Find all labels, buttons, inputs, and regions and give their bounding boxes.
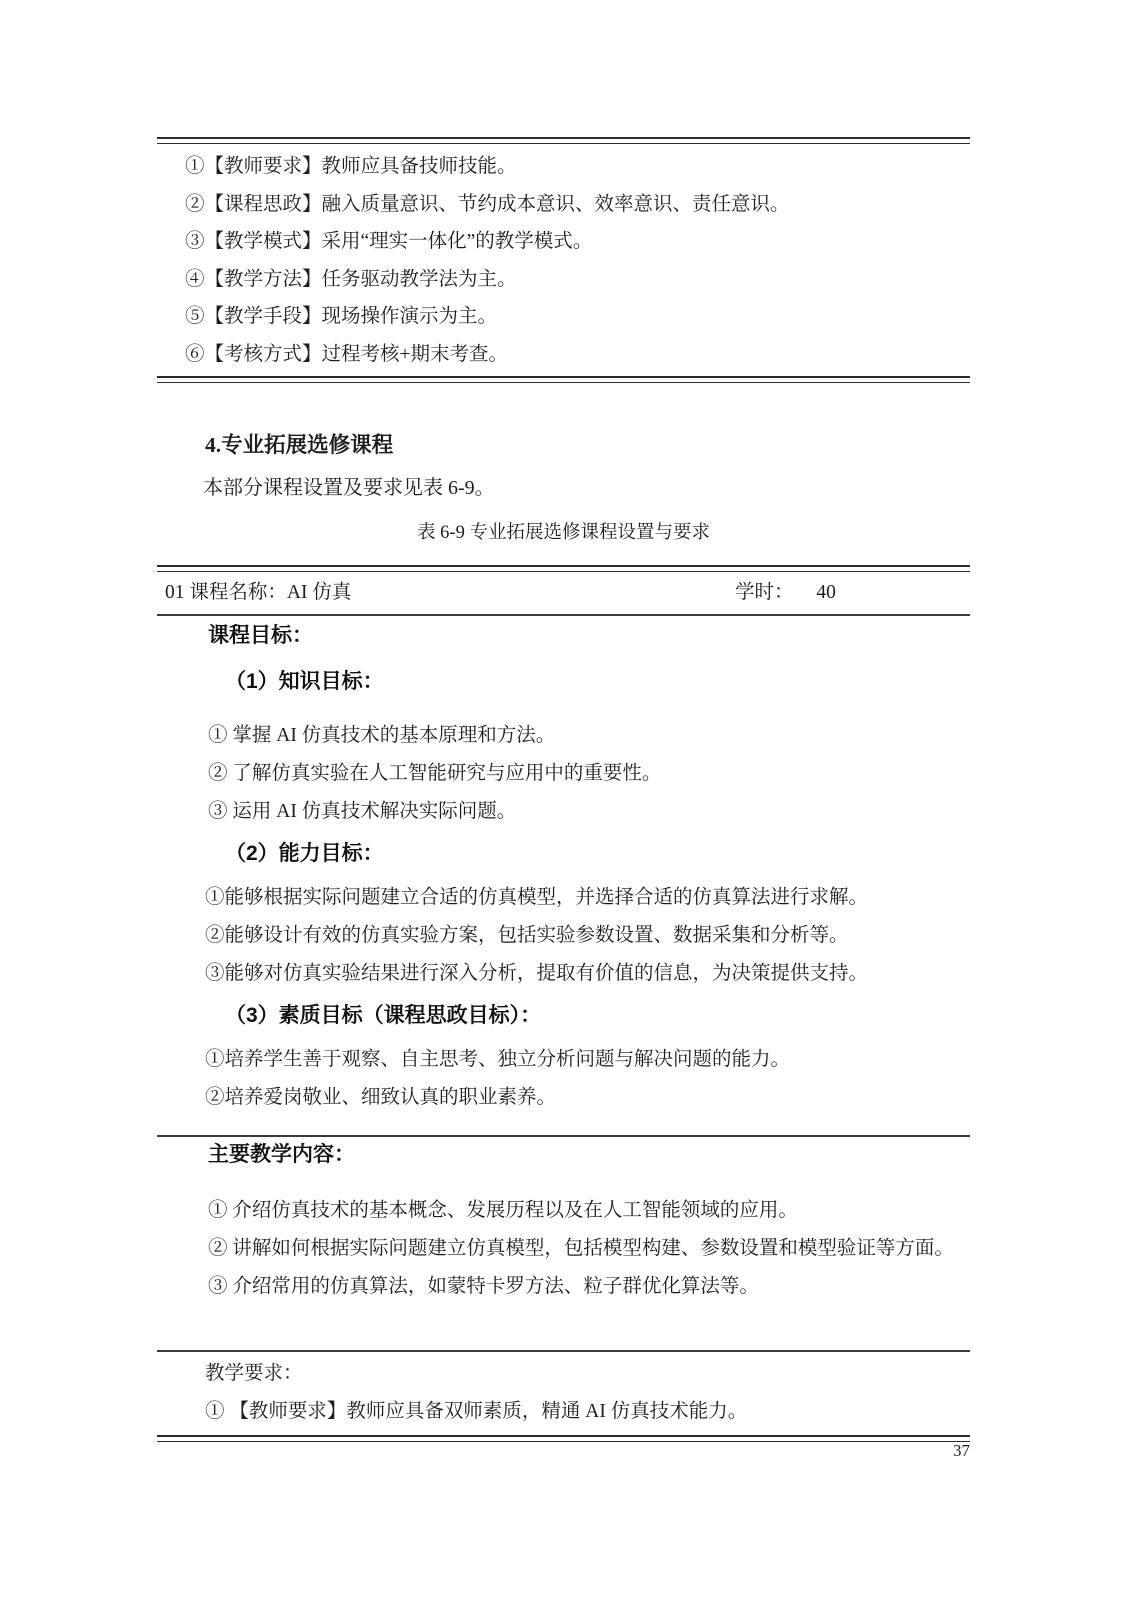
list-item: ② 讲解如何根据实际问题建立仿真模型，包括模型构建、参数设置和模型验证等方面。	[208, 1230, 970, 1268]
table-caption: 表 6-9 专业拓展选修课程设置与要求	[157, 520, 970, 546]
header-divider-rule	[157, 614, 970, 616]
list-item: ③能够对仿真实验结果进行深入分析，提取有价值的信息，为决策提供支持。	[205, 955, 970, 993]
requirements-list: ①【教师要求】教师应具备技师技能。 ②【课程思政】融入质量意识、节约成本意识、效…	[157, 144, 970, 376]
requirement-item: ②【课程思政】融入质量意识、节约成本意识、效率意识、责任意识。	[185, 186, 970, 224]
section-divider-rule	[157, 1350, 970, 1352]
list-item: ① 【教师要求】教师应具备双师素质，精通 AI 仿真技术能力。	[205, 1398, 970, 1426]
quality-objectives-title: （3）素质目标（课程思政目标）：	[225, 1003, 970, 1029]
page-content: ①【教师要求】教师应具备技师技能。 ②【课程思政】融入质量意识、节约成本意识、效…	[157, 0, 970, 1442]
list-item: ①能够根据实际问题建立合适的仿真模型，并选择合适的仿真算法进行求解。	[205, 879, 970, 917]
teaching-requirements-section: 教学要求： ① 【教师要求】教师应具备双师素质，精通 AI 仿真技术能力。	[157, 1360, 970, 1426]
double-rule-top	[157, 137, 970, 144]
course-table: 01 课程名称：AI 仿真 学时： 40 课程目标： （1）知识目标： ① 掌握…	[157, 565, 970, 1442]
objectives-title: 课程目标：	[208, 623, 970, 649]
requirement-item: ⑥【考核方式】过程考核+期末考查。	[185, 336, 970, 374]
quality-objectives-list: ①培养学生善于观察、自主思考、独立分析问题与解决问题的能力。 ②培养爱岗敬业、细…	[157, 1041, 970, 1117]
hours-label: 学时：	[735, 582, 794, 603]
ability-objectives-list: ①能够根据实际问题建立合适的仿真模型，并选择合适的仿真算法进行求解。 ②能够设计…	[157, 879, 970, 993]
section-divider-rule	[157, 1135, 970, 1137]
list-item: ③ 介绍常用的仿真算法，如蒙特卡罗方法、粒子群优化算法等。	[208, 1268, 970, 1306]
list-item: ① 掌握 AI 仿真技术的基本原理和方法。	[208, 717, 970, 755]
teaching-content-list: ① 介绍仿真技术的基本概念、发展历程以及在人工智能领域的应用。 ② 讲解如何根据…	[157, 1192, 970, 1306]
teaching-requirements-title: 教学要求：	[205, 1360, 970, 1388]
ability-objectives-title: （2）能力目标：	[225, 841, 970, 867]
list-item: ②培养爱岗敬业、细致认真的职业素养。	[205, 1079, 970, 1117]
requirement-item: ④【教学方法】任务驱动教学法为主。	[185, 261, 970, 299]
teaching-content-section: 主要教学内容： ① 介绍仿真技术的基本概念、发展历程以及在人工智能领域的应用。 …	[157, 1142, 970, 1306]
list-item: ①培养学生善于观察、自主思考、独立分析问题与解决问题的能力。	[205, 1041, 970, 1079]
table-bottom-rule	[157, 1435, 970, 1442]
knowledge-objectives-list: ① 掌握 AI 仿真技术的基本原理和方法。 ② 了解仿真实验在人工智能研究与应用…	[157, 717, 970, 831]
requirement-item: ①【教师要求】教师应具备技师技能。	[185, 148, 970, 186]
list-item: ② 了解仿真实验在人工智能研究与应用中的重要性。	[208, 755, 970, 793]
requirement-item: ③【教学模式】采用“理实一体化”的教学模式。	[185, 223, 970, 261]
page-number: 37	[953, 1440, 970, 1462]
list-item: ① 介绍仿真技术的基本概念、发展历程以及在人工智能领域的应用。	[208, 1192, 970, 1230]
document-page: ①【教师要求】教师应具备技师技能。 ②【课程思政】融入质量意识、节约成本意识、效…	[0, 0, 1131, 1600]
list-item: ③ 运用 AI 仿真技术解决实际问题。	[208, 793, 970, 831]
objectives-section: 课程目标： （1）知识目标： ① 掌握 AI 仿真技术的基本原理和方法。 ② 了…	[157, 623, 970, 1117]
section-heading: 4.专业拓展选修课程	[205, 431, 970, 459]
course-hours: 学时： 40	[735, 572, 836, 614]
table-top-rule	[157, 565, 970, 572]
requirement-item: ⑤【教学手段】现场操作演示为主。	[185, 298, 970, 336]
teaching-content-title: 主要教学内容：	[208, 1142, 970, 1168]
knowledge-objectives-title: （1）知识目标：	[225, 669, 970, 695]
section-intro: 本部分课程设置及要求见表 6-9。	[203, 475, 970, 501]
course-name: 01 课程名称：AI 仿真	[165, 582, 351, 603]
double-rule-bottom	[157, 376, 970, 383]
requirements-block: ①【教师要求】教师应具备技师技能。 ②【课程思政】融入质量意识、节约成本意识、效…	[157, 137, 970, 383]
hours-value: 40	[816, 582, 836, 603]
list-item: ②能够设计有效的仿真实验方案，包括实验参数设置、数据采集和分析等。	[205, 917, 970, 955]
course-header-row: 01 课程名称：AI 仿真 学时： 40	[157, 572, 970, 614]
